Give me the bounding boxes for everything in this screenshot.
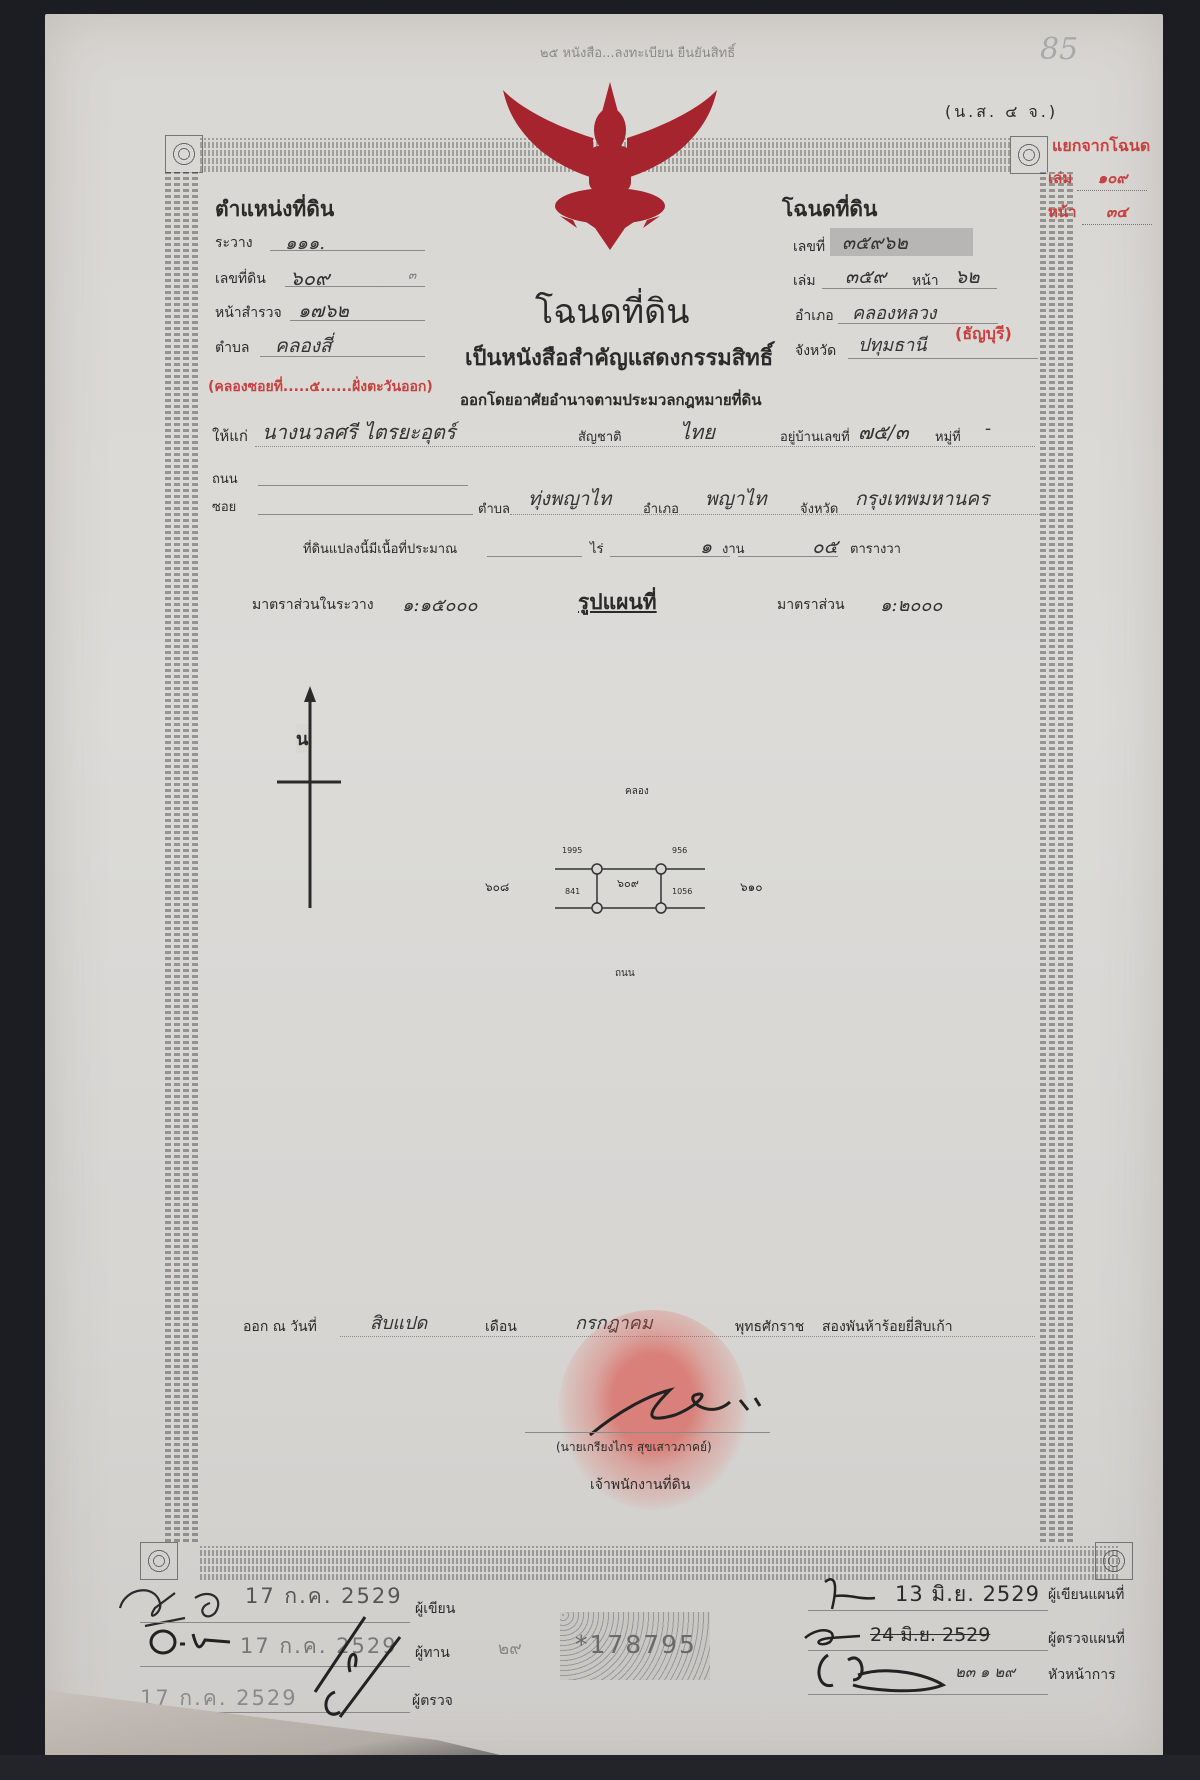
map-writer-date: 13 มิ.ย. 2529: [895, 1578, 1040, 1611]
inspector-signature: [305, 1612, 405, 1727]
chief-line: [808, 1694, 1048, 1695]
deed-number-value: ๓๕๙๖๒: [842, 228, 908, 258]
owner-district-label: อำเภอ: [643, 498, 679, 519]
owner-province-label: จังหวัด: [800, 498, 838, 519]
rai-line: [487, 556, 582, 557]
parcel-no-value: ๖๐๙: [290, 262, 330, 294]
sheet-scale-value: ๑:๑๕๐๐๐: [402, 590, 478, 619]
chief-date: ๒๓ ๑ ๒๙: [955, 1660, 1015, 1684]
form-code: (น.ส. ๔ จ.): [945, 100, 1058, 125]
province-value: ปทุมธานี: [858, 330, 927, 359]
split-from-deed-stamp: แยกจากโฉนด: [1052, 134, 1150, 159]
soi-line: [258, 514, 473, 515]
marker-top-left: 1995: [562, 846, 582, 855]
map-diagram-title: รูปแผนที่: [578, 586, 657, 619]
book-label: เล่ม: [793, 270, 816, 292]
sheet-scale-label: มาตราส่วนในระวาง: [252, 594, 374, 616]
province-label: จังหวัด: [795, 340, 836, 362]
road-label: ถนน: [212, 468, 238, 489]
map-inspector-date: 24 มิ.ย. 2529: [870, 1620, 990, 1650]
left-security-border: [165, 172, 199, 1542]
owner-province-value: กรุงเทพมหานคร: [855, 484, 989, 514]
signature-line: [525, 1432, 770, 1433]
map-writer-role: ผู้เขียนแผนที่: [1048, 1584, 1124, 1606]
marker-value: 841: [565, 887, 580, 896]
right-parcel-label: ๖๑๐: [740, 878, 763, 897]
owner-subdistrict-value: ทุ่งพญาไท: [528, 484, 611, 514]
house-no-value: ๗๕/๓: [858, 416, 909, 448]
inspector-role: ผู้ตรวจ: [412, 1690, 453, 1712]
parcel-no-label: เลขที่ดิน: [215, 268, 266, 290]
canal-red-note: (คลองซอยที่.....๕......ฝั่งตะวันออก): [208, 376, 433, 398]
page-label: หน้า: [912, 270, 939, 292]
scale-value: ๑:๒๐๐๐: [880, 590, 942, 619]
wah-value: ๐๕: [812, 532, 838, 562]
month-label: เดือน: [485, 1316, 517, 1338]
reviewer-signature: [145, 1620, 235, 1660]
side-stamp-book: เล่ม ๑๐๙: [1048, 166, 1147, 191]
ngan-value: ๑: [700, 532, 712, 562]
year-label: พุทธศักราช: [735, 1316, 804, 1338]
address-line: [510, 514, 1040, 515]
nationality-label: สัญชาติ: [578, 426, 622, 447]
side-stamp-book-label: เล่ม: [1048, 169, 1072, 187]
marker-value: 1995: [562, 846, 582, 855]
writer-role: ผู้เขียน: [415, 1598, 455, 1620]
center-parcel-label: ๖๐๙: [617, 874, 639, 892]
garuda-emblem-icon: [485, 78, 735, 253]
rai-label: ไร่: [590, 538, 604, 559]
moo-label: หมู่ที่: [935, 426, 961, 447]
book-value: ๓๕๙: [845, 262, 886, 292]
official-name: (นายเกรียงไกร สุขเสาวภาคย์): [556, 1438, 712, 1457]
chief-signature: [808, 1650, 958, 1700]
owner-name: นางนวลศรี ไตรยะอุตร์: [262, 416, 456, 448]
issuing-authority: ออกโดยอาศัยอำนาจตามประมวลกฎหมายที่ดิน: [460, 388, 762, 412]
map-writer-signature: [820, 1574, 880, 1614]
bottom-security-border: [200, 1546, 1120, 1580]
corner-number: 85: [1040, 32, 1078, 67]
survey-page-label: หน้าสำรวจ: [215, 302, 282, 324]
district-label: อำเภอ: [795, 305, 834, 327]
house-no-label: อยู่บ้านเลขที่: [780, 426, 850, 447]
owner-district-value: พญาไท: [705, 484, 766, 514]
marker-value: 1056: [672, 887, 692, 896]
right-security-border: [1040, 172, 1074, 1542]
road-line: [258, 485, 468, 486]
top-note: ๒๕ หนังสือ...ลงทะเบียน ยืนยันสิทธิ์: [540, 42, 735, 63]
north-label: น: [296, 724, 308, 753]
serial-number: *178795: [575, 1630, 697, 1659]
map-bottom-label: ถนน: [615, 966, 635, 981]
marker-top-right: 956: [672, 846, 687, 855]
owner-subdistrict-label: ตำบล: [478, 498, 510, 519]
marker-value: 956: [672, 846, 687, 855]
map-writer-line: [808, 1610, 1048, 1611]
map-inspector-signature: [800, 1620, 870, 1650]
corner-ornament-icon: [165, 135, 203, 173]
wah-label: ตารางวา: [850, 538, 901, 559]
official-title: เจ้าพนักงานที่ดิน: [590, 1474, 690, 1496]
map-top-label: คลอง: [625, 784, 649, 799]
parcel-no-note: ๓: [408, 266, 416, 285]
document-title: โฉนดที่ดิน: [535, 284, 689, 338]
map-inspector-role: ผู้ตรวจแผนที่: [1048, 1628, 1125, 1650]
issued-label: ออก ณ วันที่: [243, 1316, 317, 1338]
issued-year: สองพันห้าร้อยยี่สิบเก้า: [822, 1316, 953, 1338]
chief-role: หัวหน้าการ: [1048, 1664, 1116, 1686]
sheet-value: ๑๑๑.: [285, 228, 325, 257]
owner-to-label: ให้แก่: [212, 424, 248, 448]
soi-label: ซอย: [212, 496, 236, 517]
sheet-label: ระวาง: [215, 232, 253, 254]
writer-date: 17 ก.ค. 2529: [245, 1580, 403, 1613]
side-stamp-page: หน้า ๓๔: [1048, 200, 1152, 225]
province-red-note: (ธัญบุรี): [955, 322, 1012, 347]
side-stamp-book-value: ๑๐๙: [1077, 166, 1147, 191]
side-stamp-page-value: ๓๔: [1082, 200, 1152, 225]
scale-label: มาตราส่วน: [777, 594, 845, 616]
deed-heading: โฉนดที่ดิน: [782, 193, 877, 226]
subdistrict-label: ตำบล: [215, 337, 249, 359]
small-number: ๒๙: [498, 1635, 522, 1662]
location-heading: ตำแหน่งที่ดิน: [215, 193, 334, 226]
side-stamp-page-label: หน้า: [1048, 203, 1077, 221]
corner-ornament-icon: [140, 1542, 178, 1580]
issued-day: สิบแปด: [370, 1308, 427, 1337]
district-value: คลองหลวง: [852, 298, 936, 327]
marker-bottom-right: 1056: [672, 887, 692, 896]
page-value: ๖๒: [955, 262, 980, 292]
left-parcel-label: ๖๐๘: [485, 878, 509, 897]
corner-ornament-icon: [1095, 1542, 1133, 1580]
moo-value: -: [985, 418, 991, 439]
document-subtitle: เป็นหนังสือสำคัญแสดงกรรมสิทธิ์: [465, 340, 773, 375]
dark-background-strip: [0, 1755, 1200, 1780]
survey-page-value: ๑๗๖๒: [298, 296, 349, 326]
nationality-value: ไทย: [680, 416, 715, 448]
reviewer-role: ผู้ทาน: [415, 1642, 450, 1664]
subdistrict-value: คลองสี่: [275, 331, 332, 361]
area-intro: ที่ดินแปลงนี้มีเนื้อที่ประมาณ: [303, 538, 457, 559]
corner-ornament-icon: [1010, 136, 1048, 174]
deed-number-label: เลขที่: [793, 236, 825, 258]
north-arrow-icon: [275, 686, 345, 911]
marker-bottom-left: 841: [565, 887, 580, 896]
